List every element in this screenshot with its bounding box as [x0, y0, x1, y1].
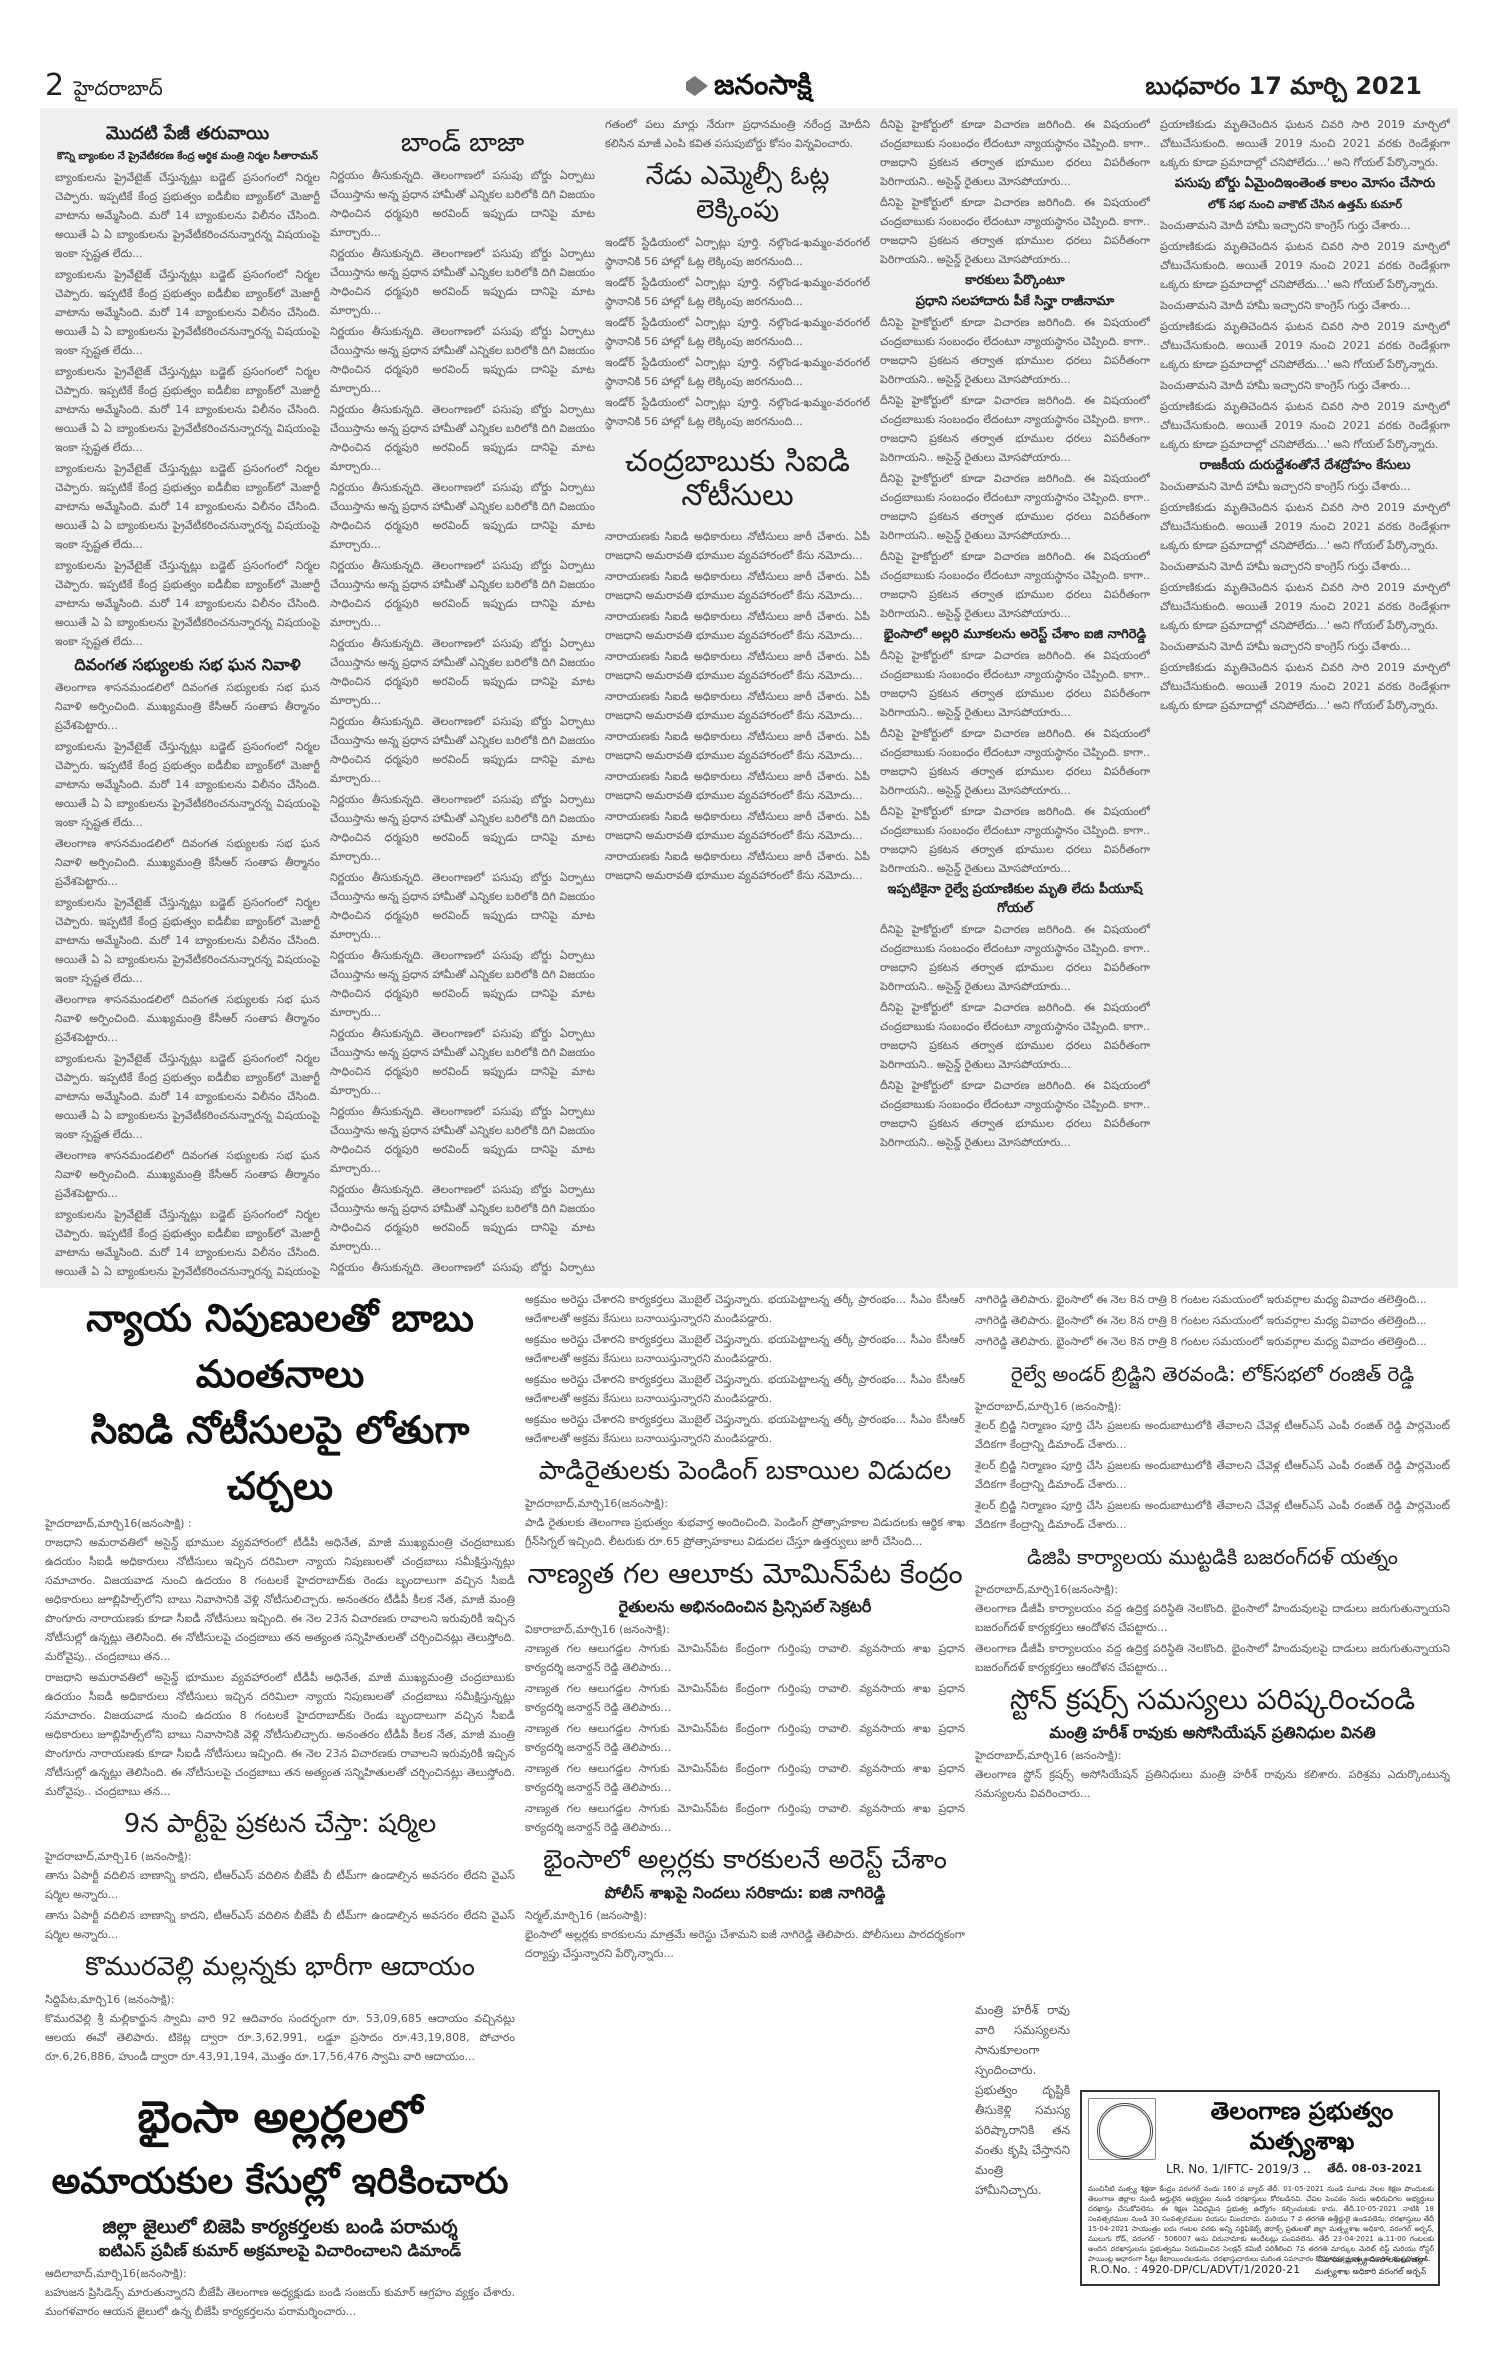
article-heading: రాజకీయ దురుద్దేశంతోనే దేశద్రోహం కేసులు — [1160, 456, 1450, 475]
article-body: తెలంగాణ శాసనమండలిలో దివంగత సభ్యులకు సభ ఘ… — [55, 1146, 320, 1203]
article-body: ఇండోర్ స్టేడియంలో ఏర్పాట్లు పూర్తి. నల్గ… — [605, 393, 870, 431]
article-body: నాణ్యత గల ఆలుగడ్డల సాగుకు మోమిన్‌పేట కేం… — [525, 1799, 965, 1837]
telangana-govt-seal-icon — [1088, 2098, 1156, 2160]
article-heading: దివంగత సభ్యులకు సభ ఘన నివాళి — [55, 655, 320, 674]
article-body: రాజధాని అమరావతిలో అసైన్డ్ భూముల వ్యవహారం… — [45, 1533, 515, 1666]
ad-ro-number: R.O.No. : 4920-DP/CL/ADVT/1/2020-21 — [1090, 2263, 1300, 2276]
article-body: నిర్ణయం తీసుకున్నది. తెలంగాణలో పసుపు బోర… — [330, 556, 595, 632]
page-number-edition: 2 హైదరాబాద్ — [45, 68, 163, 105]
article-subheading: లోక్ సభ నుంచి వాకౌట్ చేసిన ఉత్తమ్ కుమార్ — [1160, 195, 1450, 214]
article-body: బ్యాంకులను ప్రైవేటైజ్ చేస్తున్నట్లు బడ్జ… — [55, 1049, 320, 1144]
column-1: మొదటి పేజీ తరువాయి కొన్ని బ్యాంకుల నే ప్… — [55, 120, 320, 1280]
continuation-heading: మొదటి పేజీ తరువాయి — [55, 124, 320, 143]
article-body: నిర్ణయం తీసుకున్నది. తెలంగాణలో పసుపు బోర… — [330, 790, 595, 866]
article-body: బ్యాంకులను ప్రైవేటైజ్ చేస్తున్నట్లు బడ్జ… — [55, 362, 320, 457]
story-headline: స్టోన్ క్రషర్స్ సమస్యలు పరిష్కరించండి — [975, 1683, 1450, 1717]
article-body: పెంచుతామని మోదీ హామీ ఇచ్చారని కాంగ్రెస్ … — [1160, 557, 1450, 576]
masthead: 2 హైదరాబాద్ జనంసాక్షి బుధవారం 17 మార్చి … — [0, 0, 1500, 110]
govt-advertisement: తెలంగాణ ప్రభుత్వం మత్స్యశాఖ LR. No. 1/IF… — [1080, 2090, 1440, 2286]
article-body: ఇండోర్ స్టేడియంలో ఏర్పాట్లు పూర్తి. నల్గ… — [605, 313, 870, 351]
ad-title-line2: మత్స్యశాఖ — [1172, 2126, 1432, 2156]
article-body: దీనిపై హైకోర్టులో కూడా విచారణ జరిగింది. … — [880, 469, 1150, 545]
article-body: బ్యాంకులను ప్రైవేటైజ్ చేస్తున్నట్లు బడ్జ… — [55, 168, 320, 263]
telangana-map-icon — [686, 76, 708, 96]
article-body: ఇండోర్ స్టేడియంలో ఏర్పాట్లు పూర్తి. నల్గ… — [605, 233, 870, 271]
article-body: నాణ్యత గల ఆలుగడ్డల సాగుకు మోమిన్‌పేట కేం… — [525, 1759, 965, 1797]
article-body: దీనిపై హైకోర్టులో కూడా విచారణ జరిగింది. … — [880, 1076, 1150, 1152]
article-body: ఇండోర్ స్టేడియంలో ఏర్పాట్లు పూర్తి. నల్గ… — [605, 273, 870, 311]
article-body: నిర్ణయం తీసుకున్నది. తెలంగాణలో పసుపు బోర… — [330, 1180, 595, 1256]
edition-name: హైదరాబాద్ — [74, 76, 163, 100]
logo-text: జనంసాక్షి — [714, 68, 812, 101]
side-text: మంత్రి హరీశ్ రావు వారి సమస్యలను సానుకూలం… — [975, 2000, 1070, 2300]
article-body: నిర్ణయం తీసుకున్నది. తెలంగాణలో పసుపు బోర… — [330, 478, 595, 554]
article-body: శైలర్ బ్రిడ్జి నిర్మాణం పూర్తి చేసి ప్రజ… — [975, 1496, 1450, 1534]
article-heading: పసుపు బోర్డు ఏమైందిఇంతెంత కాలం మోసం చేసా… — [1160, 174, 1450, 193]
article-body: దీనిపై హైకోర్టులో కూడా విచారణ జరిగింది. … — [880, 724, 1150, 800]
article-body: నారాయణకు సిఐడి అధికారులు నోటీసులు జారీ చ… — [605, 607, 870, 645]
article-body: నారాయణకు సిఐడి అధికారులు నోటీసులు జారీ చ… — [605, 647, 870, 685]
article-body: నిర్ణయం తీసుకున్నది. తెలంగాణలో పసుపు బోర… — [330, 400, 595, 476]
article-body: బహుజన ప్రిసిడెన్స్ మారుతున్నారని బీజేపీ … — [45, 2283, 515, 2321]
article-body: దీనిపై హైకోర్టులో కూడా విచారణ జరిగింది. … — [880, 802, 1150, 878]
ad-signatory: సహాయ మత్స్య సంచాలకులు/జిల్లా మత్స్యశాఖ అ… — [1315, 2254, 1426, 2278]
article-body: తాను ఏపార్టీ వదిలిన బాణాన్ని కాదని, టీఆర… — [45, 1866, 515, 1904]
dateline: ఆదిలాబాద్,మార్చి16(జనంసాక్షి): — [45, 2264, 515, 2283]
article-body: అక్రమం అరెస్టు చేశారని కార్యకర్తలు మొబైల… — [525, 1410, 965, 1448]
article-body: పెంచుతామని మోదీ హామీ ఇచ్చారని కాంగ్రెస్ … — [1160, 376, 1450, 395]
issue-date: బుధవారం 17 మార్చి 2021 — [1145, 72, 1422, 106]
article-body: ప్రయాణికుడు మృతిచెందిన ఘటన చివరి సారి 20… — [1160, 578, 1450, 635]
article-body: తెలంగాణ స్టోన్ క్రషర్స్ అసోసియేషన్ ప్రతి… — [975, 1765, 1450, 1803]
article-body: నారాయణకు సిఐడి అధికారులు నోటీసులు జారీ చ… — [605, 687, 870, 725]
dateline: హైదరాబాద్,మార్చి16(జనంసాక్షి) : — [45, 1514, 515, 1533]
dateline: వికారాబాద్,మార్చి16 (జనంసాక్షి): — [525, 1620, 965, 1639]
bottom-right-section: నాగిరెడ్డి తెలిపారు. భైంసాలో ఈ నెల 8న రా… — [975, 1290, 1450, 2080]
article-body: తెలంగాణ డీజీపీ కార్యాలయం వద్ద ఉద్రిక్త ప… — [975, 1599, 1450, 1637]
dateline: హైదరాబాద్,మార్చి16 (జనంసాక్షి): — [975, 1397, 1450, 1416]
ad-title: తెలంగాణ ప్రభుత్వం మత్స్యశాఖ — [1172, 2096, 1432, 2156]
article-body: రాజధాని అమరావతిలో అసైన్డ్ భూముల వ్యవహారం… — [45, 1668, 515, 1801]
article-body: బ్యాంకులను ప్రైవేటైజ్ చేస్తున్నట్లు బడ్జ… — [55, 556, 320, 651]
article-body: ప్రయాణికుడు మృతిచెందిన ఘటన చివరి సారి 20… — [1160, 115, 1450, 172]
newspaper-logo: జనంసాక్షి — [686, 68, 812, 108]
article-body: భైంసాలో అల్లర్లకు కారకులను మాత్రమే అరెస్… — [525, 1925, 965, 1963]
article-body: నాణ్యత గల ఆలుగడ్డల సాగుకు మోమిన్‌పేట కేం… — [525, 1639, 965, 1677]
article-body: బ్యాంకులను ప్రైవేటైజ్ చేస్తున్నట్లు బడ్జ… — [55, 265, 320, 360]
story-subheadline: జిల్లా జైలులో బిజెపి కార్యకర్తలకు బండి ప… — [45, 2218, 515, 2237]
article-body: నిర్ణయం తీసుకున్నది. తెలంగాణలో పసుపు బోర… — [330, 166, 595, 242]
article-body: నాగిరెడ్డి తెలిపారు. భైంసాలో ఈ నెల 8న రా… — [975, 1332, 1450, 1351]
article-body: పెంచుతామని మోదీ హామీ ఇచ్చారని కాంగ్రెస్ … — [1160, 296, 1450, 315]
story-headline-line2: అమాయకుల కేసుల్లో ఇరికించారు — [45, 2150, 515, 2214]
article-body: నిర్ణయం తీసుకున్నది. తెలంగాణలో పసుపు బోర… — [330, 322, 595, 398]
article-body: దీనిపై హైకోర్టులో కూడా విచారణ జరిగింది. … — [880, 115, 1150, 191]
dateline: సిద్దిపేట,మార్చి16 (జనంసాక్షి): — [45, 1990, 515, 2009]
article-subheading: కారకులు పేర్కొంటూ — [880, 271, 1150, 290]
dateline: నిర్మల్,మార్చి16 (జనంసాక్షి): — [525, 1906, 965, 1925]
column-5: ప్రయాణికుడు మృతిచెందిన ఘటన చివరి సారి 20… — [1160, 115, 1450, 1280]
ad-title-line1: తెలంగాణ ప్రభుత్వం — [1172, 2096, 1432, 2126]
article-body: దీనిపై హైకోర్టులో కూడా విచారణ జరిగింది. … — [880, 646, 1150, 722]
story-headline-line1: భైంసా అల్లర్లలలో — [45, 2086, 515, 2150]
article-body: నాగిరెడ్డి తెలిపారు. భైంసాలో ఈ నెల 8న రా… — [975, 1290, 1450, 1309]
article-body: అక్రమం అరెస్టు చేశారని కార్యకర్తలు మొబైల… — [525, 1290, 965, 1328]
article-body: తెలంగాణ డీజీపీ కార్యాలయం వద్ద ఉద్రిక్త ప… — [975, 1639, 1450, 1677]
story-headline: నాణ్యత గల ఆలూకు మోమిన్‌పేట కేంద్రం — [525, 1557, 965, 1591]
article-body: ప్రయాణికుడు మృతిచెందిన ఘటన చివరి సారి 20… — [1160, 658, 1450, 715]
article-body: నిర్ణయం తీసుకున్నది. తెలంగాణలో పసుపు బోర… — [330, 868, 595, 944]
article-subheading: ప్రధాని సలహాదారు పీకే సిన్హా రాజీనామా — [880, 292, 1150, 311]
article-body: పెంచుతామని మోదీ హామీ ఇచ్చారని కాంగ్రెస్ … — [1160, 477, 1450, 496]
article-body: అక్రమం అరెస్టు చేశారని కార్యకర్తలు మొబైల… — [525, 1370, 965, 1408]
ad-sign-line2: మత్స్యశాఖ అధికారి వరంగల్ అర్బన్ — [1315, 2266, 1426, 2278]
article-body: నిర్ణయం తీసుకున్నది. తెలంగాణలో పసుపు బోర… — [330, 946, 595, 1022]
story-headline: భైంసాలో అల్లర్లకు కారకులనే అరెస్ట్ చేశాం — [525, 1843, 965, 1877]
article-body: నారాయణకు సిఐడి అధికారులు నోటీసులు జారీ చ… — [605, 567, 870, 605]
article-body: బ్యాంకులను ప్రైవేటైజ్ చేస్తున్నట్లు బడ్జ… — [55, 893, 320, 988]
article-body: శైలర్ బ్రిడ్జి నిర్మాణం పూర్తి చేసి ప్రజ… — [975, 1456, 1450, 1494]
column-3: గతంలో పలు మార్లు నేరుగా ప్రధానమంత్రి నరే… — [605, 115, 870, 1280]
article-body: నిర్ణయం తీసుకున్నది. తెలంగాణలో పసుపు బోర… — [330, 244, 595, 320]
article-body: ఇండోర్ స్టేడియంలో ఏర్పాట్లు పూర్తి. నల్గ… — [605, 353, 870, 391]
article-body: దీనిపై హైకోర్టులో కూడా విచారణ జరిగింది. … — [880, 998, 1150, 1074]
article-body: కొమురవెల్లి శ్రీ మల్లికార్జున స్వామి వార… — [45, 2009, 515, 2066]
article-body: దీనిపై హైకోర్టులో కూడా విచారణ జరిగింది. … — [880, 391, 1150, 467]
dateline: హైదరాబాద్,మార్చి16 (జనంసాక్షి): — [45, 1847, 515, 1866]
article-subheading: భైంసాలో అల్లరి మూకలను అరెస్ట్ చేశాం ఐజి … — [880, 625, 1150, 644]
lead-headline-line2: సిఐడి నోటీసులపై లోతుగా చర్చలు — [45, 1402, 515, 1514]
story-headline: పాడిరైతులకు పెండింగ్ బకాయిల విడుదల — [525, 1454, 965, 1488]
article-body: ప్రయాణికుడు మృతిచెందిన ఘటన చివరి సారి 20… — [1160, 317, 1450, 374]
article-body: నారాయణకు సిఐడి అధికారులు నోటీసులు జారీ చ… — [605, 727, 870, 765]
column-4: దీనిపై హైకోర్టులో కూడా విచారణ జరిగింది. … — [880, 115, 1150, 1280]
continuation-subheading: కొన్ని బ్యాంకుల నే ప్రైవేటీకరణ కేంద్ర ఆర… — [55, 147, 320, 166]
article-body: అక్రమం అరెస్టు చేశారని కార్యకర్తలు మొబైల… — [525, 1330, 965, 1368]
article-body: ప్రయాణికుడు మృతిచెందిన ఘటన చివరి సారి 20… — [1160, 498, 1450, 555]
article-subheading: ఇప్పటికైనా రైల్వే ప్రయాణికుల మృతి లేదు ప… — [880, 880, 1150, 918]
ad-lr-number: LR. No. 1/IFTC- 2019/3 .. — [1166, 2162, 1311, 2176]
dateline: హైదరాబాద్,మార్చి16(జనంసాక్షి): — [525, 1494, 965, 1513]
article-body: పెంచుతామని మోదీ హామీ ఇచ్చారని కాంగ్రెస్ … — [1160, 637, 1450, 656]
story-headline: 9న పార్టీపై ప్రకటన చేస్తా: షర్మిల — [45, 1807, 515, 1841]
story-subheadline: రైతులను అభినందించిన ప్రిన్సిపల్ సెక్రటరీ — [525, 1597, 965, 1616]
article-body: బ్యాంకులను ప్రైవేటైజ్ చేస్తున్నట్లు బడ్జ… — [55, 459, 320, 554]
story-subheadline: మంత్రి హరీశ్ రావుకు అసోసియేషన్ ప్రతినిధు… — [975, 1723, 1450, 1742]
article-body: నారాయణకు సిఐడి అధికారులు నోటీసులు జారీ చ… — [605, 767, 870, 805]
ad-sign-line1: సహాయ మత్స్య సంచాలకులు/జిల్లా — [1315, 2254, 1426, 2266]
ad-date: తేదీ. 08-03-2021 — [1327, 2162, 1422, 2178]
story-subheadline: ఐటిఎస్ ప్రవీణ్ కుమార్ అక్రమాలపై విచారించ… — [45, 2241, 515, 2260]
article-body: గతంలో పలు మార్లు నేరుగా ప్రధానమంత్రి నరే… — [605, 115, 870, 153]
article-body: నాగిరెడ్డి తెలిపారు. భైంసాలో ఈ నెల 8న రా… — [975, 1311, 1450, 1330]
article-body: దీనిపై హైకోర్టులో కూడా విచారణ జరిగింది. … — [880, 193, 1150, 269]
article-body: ప్రయాణికుడు మృతిచెందిన ఘటన చివరి సారి 20… — [1160, 237, 1450, 294]
article-body: తెలంగాణ శాసనమండలిలో దివంగత సభ్యులకు సభ ఘ… — [55, 990, 320, 1047]
lead-headline-line1: న్యాయ నిపుణులతో బాబు మంతనాలు — [45, 1290, 515, 1402]
bottom-middle-section: అక్రమం అరెస్టు చేశారని కార్యకర్తలు మొబైల… — [525, 1290, 965, 2340]
story-headline: డిజిపి కార్యాలయ ముట్టడికి బజరంగ్‌దళ్ యత్… — [975, 1540, 1450, 1574]
article-heading: బాండ్ బాజా — [330, 126, 595, 160]
story-headline: కొమురవెల్లి మల్లన్నకు భారీగా ఆదాయం — [45, 1950, 515, 1984]
article-body: ప్రయాణికుడు మృతిచెందిన ఘటన చివరి సారి 20… — [1160, 397, 1450, 454]
page-number: 2 — [45, 68, 64, 103]
article-body: దీనిపై హైకోర్టులో కూడా విచారణ జరిగింది. … — [880, 313, 1150, 389]
column-2: బాండ్ బాజా నిర్ణయం తీసుకున్నది. తెలంగాణల… — [330, 120, 595, 1280]
article-body: బ్యాంకులను ప్రైవేటైజ్ చేస్తున్నట్లు బడ్జ… — [55, 1205, 320, 1280]
article-body: నిర్ణయం తీసుకున్నది. తెలంగాణలో పసుపు బోర… — [330, 712, 595, 788]
article-body: బ్యాంకులను ప్రైవేటైజ్ చేస్తున్నట్లు బడ్జ… — [55, 737, 320, 832]
story-subheadline: పోలీస్ శాఖపై నిందలు సరికాదు: ఐజి నాగిరెడ… — [525, 1883, 965, 1902]
article-body: నారాయణకు సిఐడి అధికారులు నోటీసులు జారీ చ… — [605, 527, 870, 565]
article-body: నిర్ణయం తీసుకున్నది. తెలంగాణలో పసుపు బోర… — [330, 1258, 595, 1280]
article-heading: నేడు ఎమ్మెల్సీ ఓట్ల లెక్కింపు — [605, 159, 870, 227]
article-body: శైలర్ బ్రిడ్జి నిర్మాణం పూర్తి చేసి ప్రజ… — [975, 1416, 1450, 1454]
article-body: నారాయణకు సిఐడి అధికారులు నోటీసులు జారీ చ… — [605, 807, 870, 845]
article-body: నిర్ణయం తీసుకున్నది. తెలంగాణలో పసుపు బోర… — [330, 1102, 595, 1178]
story-headline: రైల్వే అండర్ బ్రిడ్జిని తెరవండి: లోక్‌సభ… — [975, 1357, 1450, 1391]
article-body: తెలంగాణ శాసనమండలిలో దివంగత సభ్యులకు సభ ఘ… — [55, 678, 320, 735]
article-body: నాణ్యత గల ఆలుగడ్డల సాగుకు మోమిన్‌పేట కేం… — [525, 1679, 965, 1717]
article-body: నారాయణకు సిఐడి అధికారులు నోటీసులు జారీ చ… — [605, 847, 870, 885]
article-body: తాను ఏపార్టీ వదిలిన బాణాన్ని కాదని, టీఆర… — [45, 1906, 515, 1944]
article-heading: చంద్రబాబుకు సిఐడి నోటీసులు — [605, 445, 870, 513]
dateline: హైదరాబాద్,మార్చి16(జనంసాక్షి): — [975, 1580, 1450, 1599]
article-body: నాణ్యత గల ఆలుగడ్డల సాగుకు మోమిన్‌పేట కేం… — [525, 1719, 965, 1757]
article-body: పాడి రైతులకు తెలంగాణ ప్రభుత్వం శుభవార్త … — [525, 1513, 965, 1551]
article-body: నిర్ణయం తీసుకున్నది. తెలంగాణలో పసుపు బోర… — [330, 634, 595, 710]
article-body: తెలంగాణ శాసనమండలిలో దివంగత సభ్యులకు సభ ఘ… — [55, 834, 320, 891]
dateline: హైదరాబాద్,మార్చి16 (జనంసాక్షి): — [975, 1746, 1450, 1765]
article-body: దీనిపై హైకోర్టులో కూడా విచారణ జరిగింది. … — [880, 920, 1150, 996]
article-body: నిర్ణయం తీసుకున్నది. తెలంగాణలో పసుపు బోర… — [330, 1024, 595, 1100]
bottom-left-section: న్యాయ నిపుణులతో బాబు మంతనాలు సిఐడి నోటీస… — [45, 1290, 515, 2340]
article-body: దీనిపై హైకోర్టులో కూడా విచారణ జరిగింది. … — [880, 547, 1150, 623]
ad-body: మంచినీటి మత్స్య శిక్షణా కేంద్రం వరంగల్ న… — [1088, 2184, 1434, 2264]
article-body: పెంచుతామని మోదీ హామీ ఇచ్చారని కాంగ్రెస్ … — [1160, 216, 1450, 235]
